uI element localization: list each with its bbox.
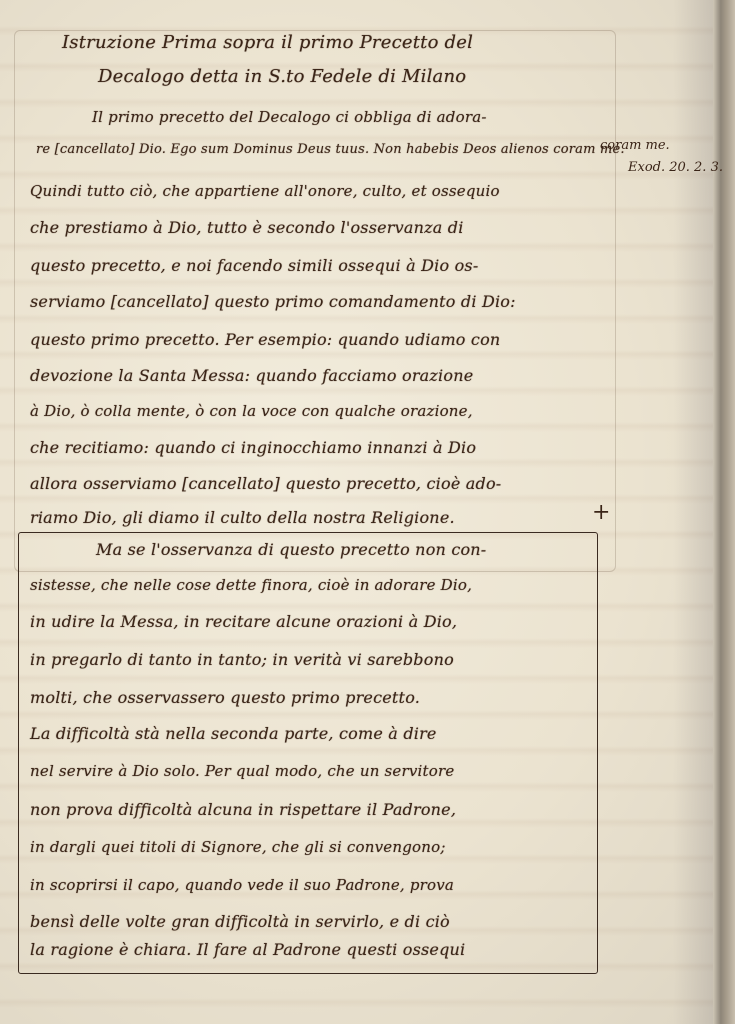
body-line-2: re [cancellato] Dio. Ego sum Dominus Deu… [36, 142, 625, 157]
manuscript-page: Istruzione Prima sopra il primo Precetto… [0, 0, 735, 1024]
book-spine [713, 0, 735, 1024]
boxed-line-6: La difficoltà stà nella seconda parte, c… [30, 724, 437, 743]
body-line-1: Il primo precetto del Decalogo ci obblig… [92, 108, 487, 126]
body-line-8: devozione la Santa Messa: quando facciam… [30, 366, 473, 385]
body-line-4: che prestiamo à Dio, tutto è secondo l'o… [30, 218, 464, 237]
body-line-6: serviamo [cancellato] questo primo coman… [30, 292, 516, 311]
boxed-line-8: non prova difficoltà alcuna in rispettar… [30, 800, 456, 819]
boxed-line-4: in pregarlo di tanto in tanto; in verità… [30, 650, 454, 669]
body-line-7: questo primo precetto. Per esempio: quan… [30, 330, 500, 349]
marginal-note-line-1: coram me. [600, 138, 670, 153]
boxed-line-12: la ragione è chiara. Il fare al Padrone … [30, 940, 465, 959]
boxed-line-10: in scoprirsi il capo, quando vede il suo… [30, 876, 454, 894]
boxed-line-7: nel servire à Dio solo. Per qual modo, c… [30, 762, 454, 780]
body-line-11: allora osserviamo [cancellato] questo pr… [30, 474, 501, 493]
body-line-5: questo precetto, e noi facendo simili os… [30, 256, 478, 275]
boxed-line-1: Ma se l'osservanza di questo precetto no… [96, 540, 486, 559]
body-line-9: à Dio, ò colla mente, ò con la voce con … [30, 402, 473, 420]
boxed-line-3: in udire la Messa, in recitare alcune or… [30, 612, 457, 631]
body-line-10: che recitiamo: quando ci inginocchiamo i… [30, 438, 476, 457]
title-line-1: Istruzione Prima sopra il primo Precetto… [62, 32, 473, 53]
title-line-2: Decalogo detta in S.to Fedele di Milano [98, 66, 466, 87]
boxed-line-9: in dargli quei titoli di Signore, che gl… [30, 838, 446, 856]
boxed-line-11: bensì delle volte gran difficoltà in ser… [30, 912, 450, 931]
marginal-note-citation: Exod. 20. 2. 3. [628, 160, 723, 175]
boxed-passage [18, 532, 598, 974]
body-line-3: Quindi tutto ciò, che appartiene all'ono… [30, 182, 500, 200]
body-line-12: riamo Dio, gli diamo il culto della nost… [30, 508, 455, 527]
boxed-line-5: molti, che osservassero questo primo pre… [30, 688, 420, 707]
insertion-cross-mark: + [592, 500, 610, 525]
spine-shadow [673, 0, 713, 1024]
boxed-line-2: sistesse, che nelle cose dette finora, c… [30, 576, 472, 594]
